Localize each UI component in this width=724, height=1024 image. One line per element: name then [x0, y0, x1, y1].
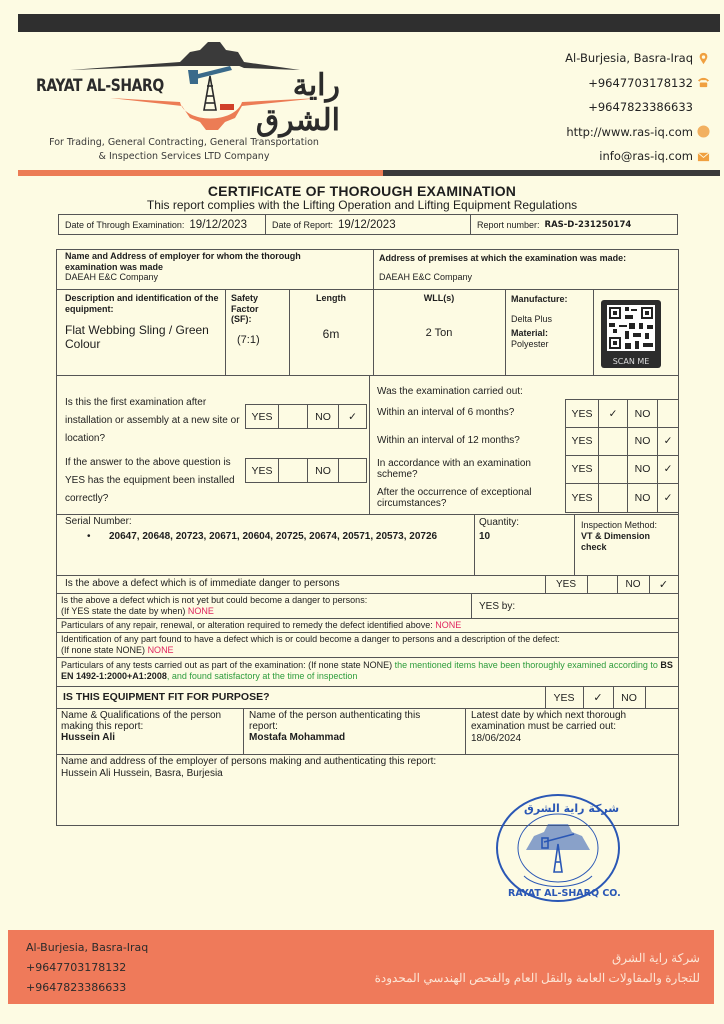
no-label: NO [613, 692, 645, 704]
globe-icon [697, 125, 710, 138]
header-divider-dark [383, 170, 720, 176]
examination-form: Name and Address of employer for whom th… [56, 249, 679, 826]
contact-website[interactable]: http://www.ras-iq.com [565, 120, 710, 145]
contact-address: Al-Burjesia, Basra-Iraq [565, 46, 710, 71]
first-exam-yes-no: YES NO ✓ [245, 404, 367, 429]
exam-date-value: 19/12/2023 [189, 219, 247, 231]
repair-value: NONE [435, 620, 461, 630]
next-exam-label: Latest date by which next thorough exami… [471, 710, 661, 732]
yes-label: YES [545, 692, 583, 704]
repair-row: Particulars of any repair, renewal, or a… [61, 620, 461, 631]
future-danger-hint: (If YES state the date by when) [61, 606, 185, 616]
wll-value: 2 Ton [373, 327, 505, 339]
exam-interval-question: Within an interval of 6 months? [377, 407, 557, 418]
exam-interval-yes-no: YESNO✓ [565, 484, 679, 513]
repair-label: Particulars of any repair, renewal, or a… [61, 620, 433, 630]
safety-factor-value: (7:1) [237, 334, 260, 346]
yes-label: YES [566, 484, 599, 512]
footer-phone-1[interactable]: +9647703178132 [26, 958, 148, 978]
serial-numbers-value: 20647, 20648, 20723, 20671, 20604, 20725… [109, 531, 437, 542]
wll-label: WLL(s) [373, 293, 505, 304]
footer-address: Al-Burjesia, Basra-Iraq [26, 938, 148, 958]
website-link[interactable]: http://www.ras-iq.com [566, 125, 693, 139]
installed-correctly-yes-no: YES NO [245, 458, 367, 483]
manufacture-label: Manufacture: [511, 294, 568, 305]
no-label: NO [308, 405, 339, 428]
certificate-subtitle: This report complies with the Lifting Op… [0, 198, 724, 212]
installed-no-checkbox[interactable] [339, 459, 366, 482]
company-logo: RAYAT AL-SHARQ راية الشرق For Trading, G… [20, 36, 340, 166]
material-label: Material: [511, 328, 548, 339]
interval-yes-checkbox[interactable]: ✓ [599, 400, 628, 427]
yes-label: YES [545, 579, 587, 590]
scan-me-label: SCAN ME [601, 357, 661, 366]
part-defect-label: Identification of any part found to have… [61, 634, 560, 645]
interval-no-checkbox[interactable]: ✓ [658, 455, 678, 483]
phone-icon [697, 76, 710, 89]
interval-yes-checkbox[interactable] [599, 455, 628, 483]
employer-value: DAEAH E&C Company [65, 272, 158, 283]
envelope-icon [697, 150, 710, 163]
length-value: 6m [289, 327, 373, 341]
email-link[interactable]: info@ras-iq.com [599, 149, 693, 163]
exam-interval-yes-no: YESNO✓ [565, 455, 679, 484]
address-text: Al-Burjesia, Basra-Iraq [565, 51, 693, 65]
serial-label: Serial Number: [65, 516, 132, 527]
report-maker-label: Name & Qualifications of the person maki… [61, 710, 241, 732]
phone-1-text[interactable]: +9647703178132 [588, 76, 693, 90]
brand-name-english: RAYAT AL-SHARQ [36, 76, 164, 96]
yes-by-label: YES by: [479, 601, 515, 612]
tests-value-part-1: the mentioned items have been thoroughly… [395, 660, 658, 670]
qr-code-icon [607, 305, 655, 351]
future-danger-question: Is the above a defect which is not yet b… [61, 595, 367, 606]
report-maker-value: Hussein Ali [61, 732, 115, 743]
qr-code[interactable]: SCAN ME [601, 300, 661, 368]
exam-date-label: Date of Through Examination: [65, 220, 184, 230]
premises-label: Address of premises at which the examina… [379, 253, 626, 264]
part-defect-line-2: (If none state NONE) NONE [61, 645, 174, 656]
report-date-value: 19/12/2023 [338, 219, 396, 231]
first-exam-yes-checkbox[interactable] [279, 405, 308, 428]
no-label: NO [628, 400, 658, 427]
premises-value: DAEAH E&C Company [379, 272, 472, 283]
first-exam-no-checkbox[interactable]: ✓ [339, 405, 366, 428]
exam-interval-question: In accordance with an examination scheme… [377, 458, 557, 480]
exam-interval-question: Within an interval of 12 months? [377, 435, 557, 446]
future-danger-line-2: (If YES state the date by when) NONE [61, 606, 214, 617]
interval-no-checkbox[interactable] [658, 400, 678, 427]
equipment-desc-label: Description and identification of the eq… [65, 293, 220, 314]
company-stamp-icon: شركة راية الشرق RAYAT AL-SHARQ CO. [494, 792, 624, 904]
exam-date-cell: Date of Through Examination: 19/12/2023 [59, 215, 266, 234]
contact-phone-2[interactable]: +9647823386633 [565, 95, 710, 120]
length-label: Length [289, 293, 373, 304]
footer-phone-2[interactable]: +9647823386633 [26, 978, 148, 998]
next-exam-date: 18/06/2024 [471, 733, 521, 744]
footer-company-name-ar: شركة راية الشرق [375, 948, 700, 968]
exam-interval-question: After the occurrence of exceptional circ… [377, 487, 557, 509]
contact-phone-1[interactable]: +9647703178132 [565, 71, 710, 96]
footer-company-arabic: شركة راية الشرق للتجارة والمقاولات العام… [375, 948, 700, 988]
installed-correctly-question: If the answer to the above question is Y… [65, 454, 241, 508]
report-date-label: Date of Report: [272, 220, 333, 230]
no-label: NO [308, 459, 339, 482]
tests-value-part-2: , and found satisfactory at the time of … [167, 671, 358, 681]
no-label: NO [628, 427, 658, 455]
interval-yes-checkbox[interactable] [599, 427, 628, 455]
no-label: NO [628, 455, 658, 483]
page-footer: Al-Burjesia, Basra-Iraq +9647703178132 +… [8, 930, 714, 1004]
tests-row: Particulars of any tests carried out as … [61, 660, 673, 681]
interval-no-checkbox[interactable]: ✓ [658, 427, 678, 455]
exam-interval-yes-no: YESNO✓ [565, 427, 679, 456]
part-defect-value: NONE [148, 645, 174, 655]
yes-label: YES [246, 405, 279, 428]
installed-yes-checkbox[interactable] [279, 459, 308, 482]
employer-label: Name and Address of employer for whom th… [65, 251, 355, 272]
fit-for-purpose-yes-checkbox[interactable]: ✓ [583, 691, 613, 704]
contact-info: Al-Burjesia, Basra-Iraq +9647703178132 +… [565, 46, 710, 169]
part-defect-hint: (If none state NONE) [61, 645, 145, 655]
no-label: NO [617, 579, 649, 590]
phone-2-text[interactable]: +9647823386633 [588, 100, 693, 114]
date-bar: Date of Through Examination: 19/12/2023 … [58, 214, 678, 235]
stamp-arabic-text: شركة راية الشرق [524, 802, 619, 815]
authenticator-label: Name of the person authenticating this r… [249, 710, 449, 732]
no-label: NO [628, 484, 658, 512]
location-pin-icon [697, 52, 710, 65]
quantity-value: 10 [479, 531, 490, 542]
authenticator-value: Mostafa Mohammad [249, 732, 345, 743]
manufacture-value: Delta Plus [511, 314, 552, 325]
first-exam-question: Is this the first examination after inst… [65, 394, 241, 448]
quantity-label: Quantity: [479, 517, 519, 528]
tests-label: Particulars of any tests carried out as … [61, 660, 392, 670]
exam-interval-yes-no: YES✓NO [565, 399, 679, 428]
tagline-line-2: & Inspection Services LTD Company [34, 150, 334, 164]
header-dark-bar [18, 14, 720, 32]
future-danger-value: NONE [188, 606, 214, 616]
immediate-danger-no-checkbox[interactable]: ✓ [649, 578, 678, 591]
equipment-desc-value: Flat Webbing Sling / Green Colour [65, 323, 225, 351]
company-tagline: For Trading, General Contracting, Genera… [34, 136, 334, 164]
interval-no-checkbox[interactable]: ✓ [658, 484, 678, 512]
report-date-cell: Date of Report: 19/12/2023 [266, 215, 471, 234]
stamp-english-text: RAYAT AL-SHARQ CO. [508, 888, 621, 899]
bullet: • [87, 531, 91, 542]
yes-label: YES [566, 400, 599, 427]
header-divider-orange [18, 170, 383, 176]
yes-label: YES [246, 459, 279, 482]
safety-factor-label: Safety Factor (SF): [231, 293, 271, 325]
inspection-method-label: Inspection Method: [581, 520, 657, 531]
report-number-label: Report number: [477, 220, 540, 230]
persons-employer-label: Name and address of the employer of pers… [61, 756, 436, 767]
persons-employer-value: Hussein Ali Hussein, Basra, Burjesia [61, 768, 223, 779]
certificate-title: CERTIFICATE OF THOROUGH EXAMINATION [0, 183, 724, 199]
yes-label: YES [566, 427, 599, 455]
tagline-line-1: For Trading, General Contracting, Genera… [34, 136, 334, 150]
yes-label: YES [566, 455, 599, 483]
immediate-danger-question: Is the above a defect which is of immedi… [65, 578, 340, 589]
report-number-cell: Report number: RAS-D-231250174 [471, 215, 677, 234]
interval-yes-checkbox[interactable] [599, 484, 628, 512]
contact-email[interactable]: info@ras-iq.com [565, 144, 710, 169]
footer-company-desc-ar: للتجارة والمقاولات العامة والنقل العام و… [375, 968, 700, 988]
fit-for-purpose-question: IS THIS EQUIPMENT FIT FOR PURPOSE? [63, 691, 270, 703]
brand-name-arabic: راية الشرق [225, 68, 340, 138]
material-value: Polyester [511, 339, 549, 350]
exam-carried-out-heading: Was the examination carried out: [377, 386, 523, 397]
inspection-method-value: VT & Dimension check [581, 531, 671, 552]
report-number-value: RAS-D-231250174 [545, 220, 632, 230]
footer-contact: Al-Burjesia, Basra-Iraq +9647703178132 +… [26, 938, 148, 998]
